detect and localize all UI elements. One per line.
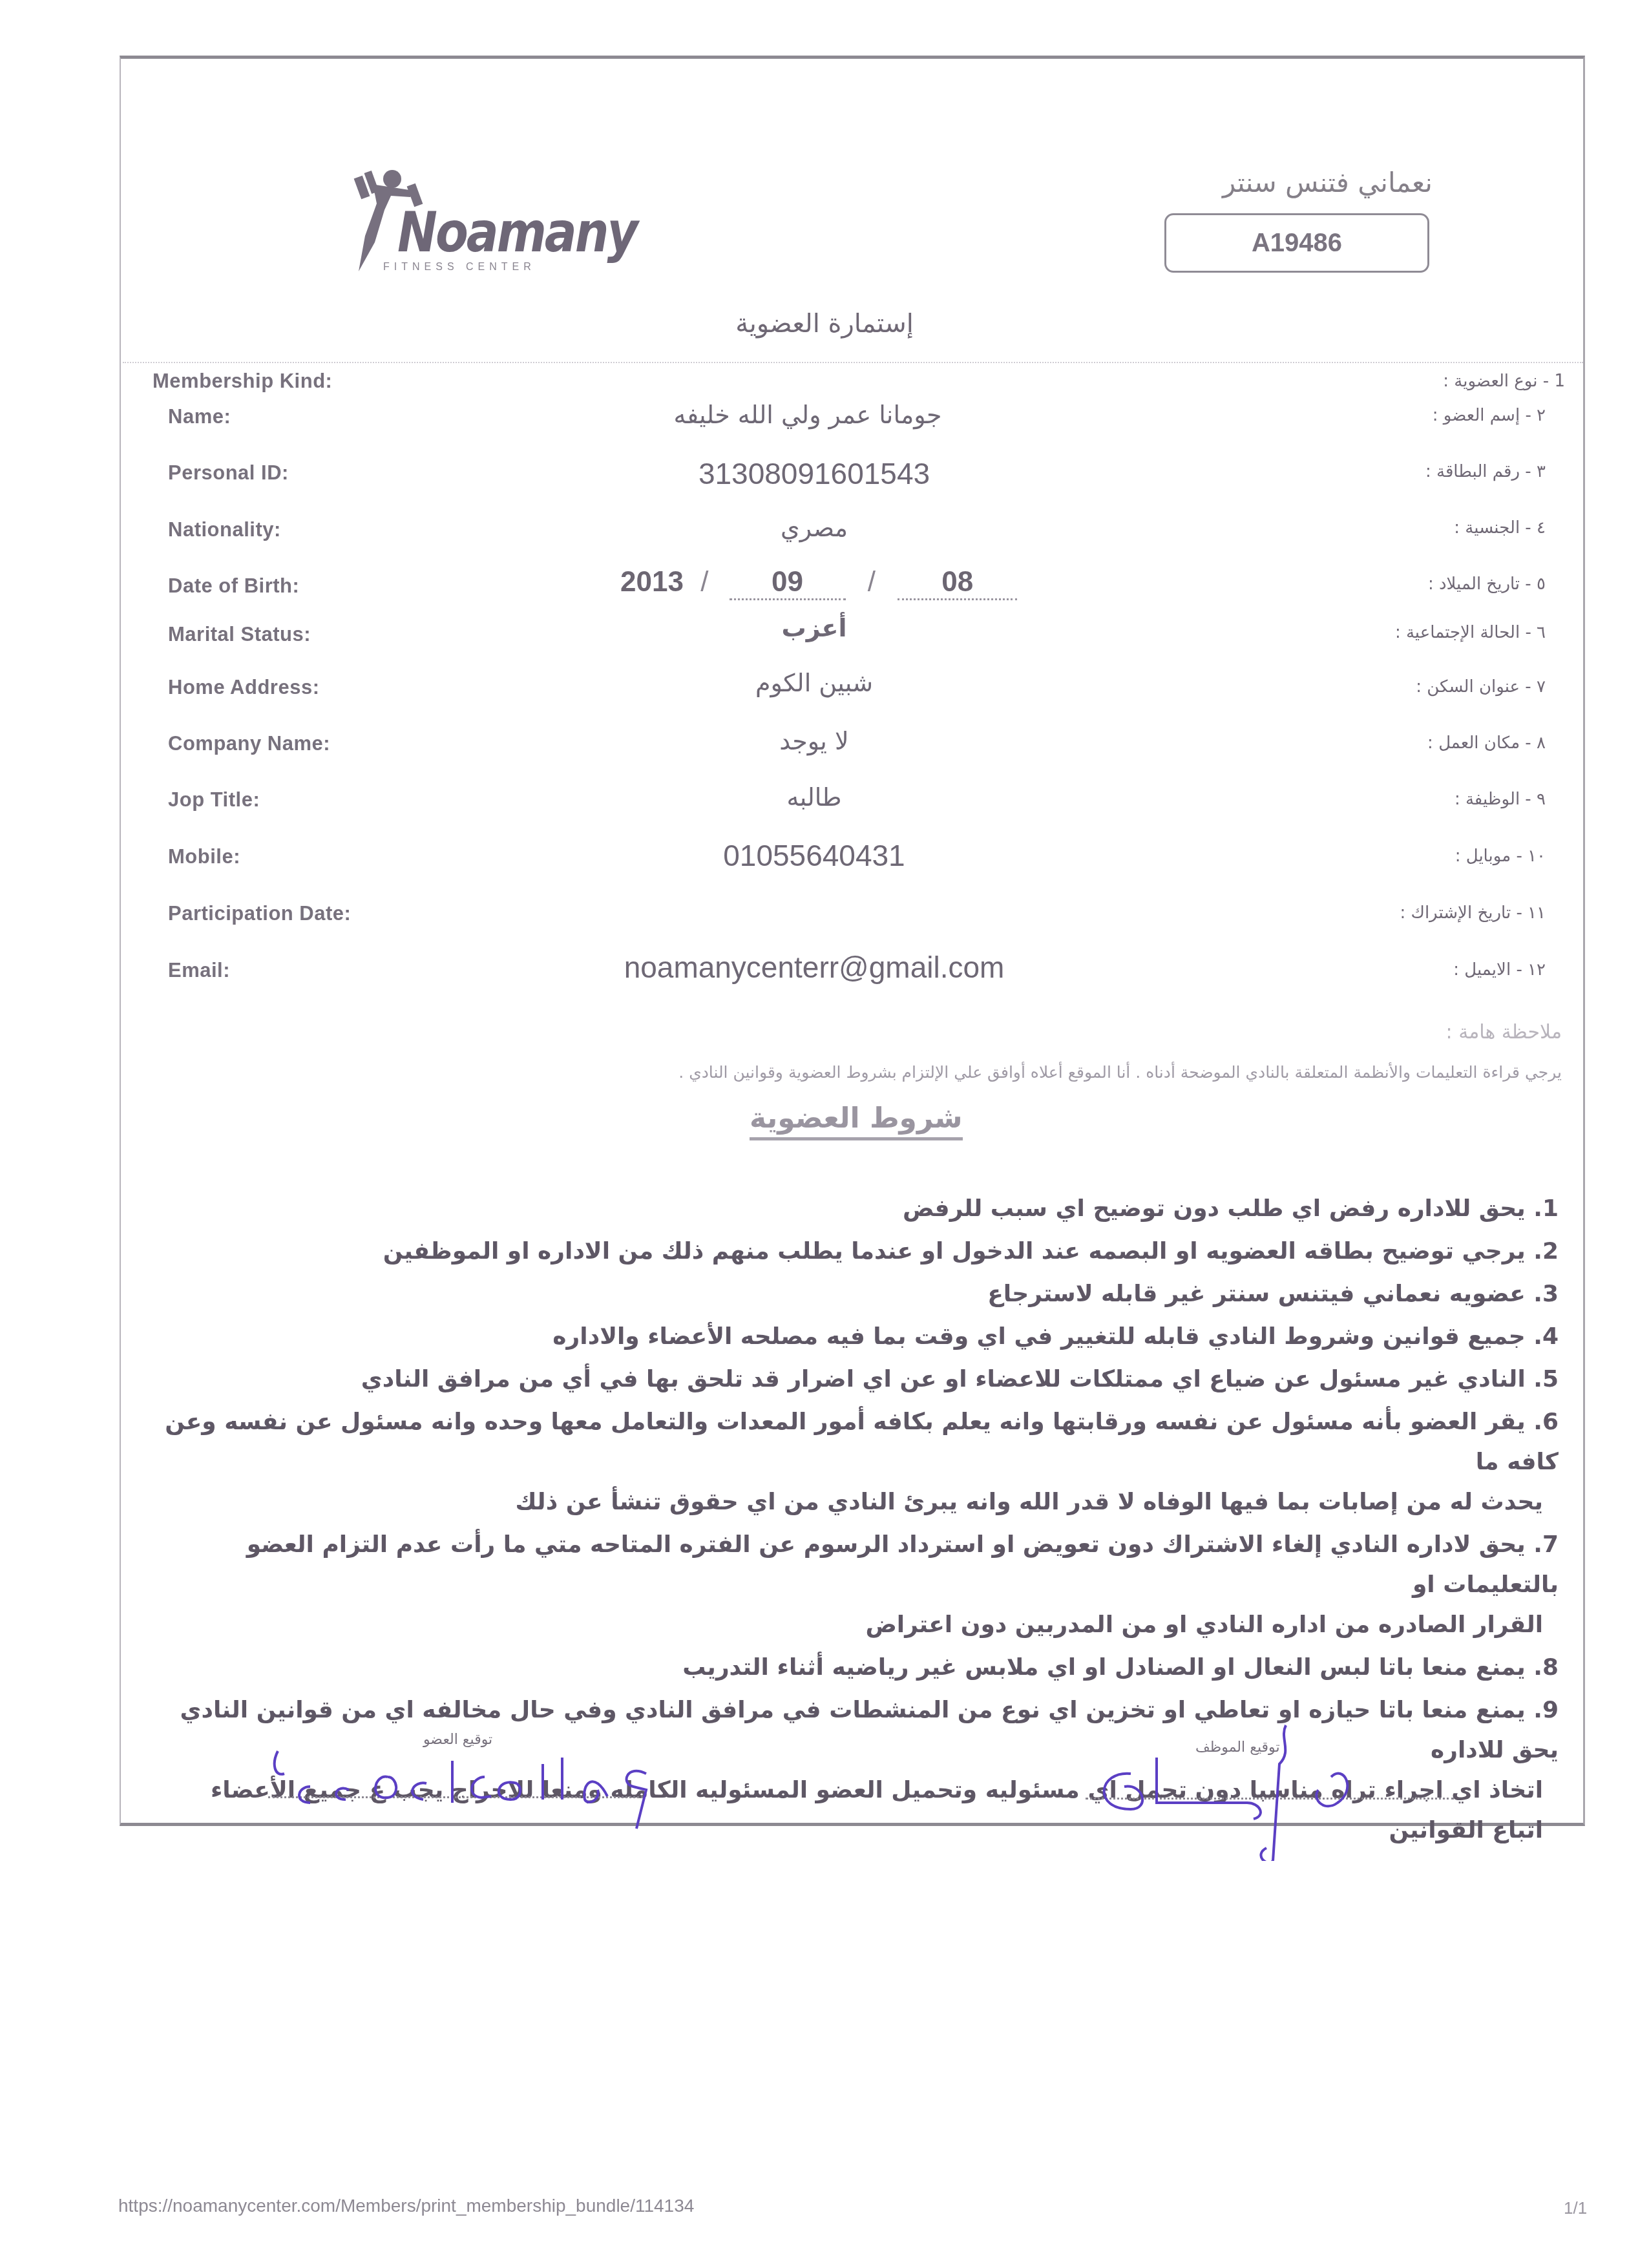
value-mobile: 01055640431 (646, 838, 982, 873)
dob-month: 09 (730, 566, 846, 600)
member-signature-icon (258, 1738, 659, 1848)
label-ar-job-title: ٩ - الوظيفة : (1455, 790, 1546, 809)
logo-subtitle: FITNESS CENTER (383, 262, 536, 273)
logo-wordmark: Noamany (397, 201, 636, 265)
footer-url: https://noamanycenter.com/Members/print_… (118, 2196, 694, 2216)
value-nationality: مصري (711, 514, 918, 542)
label-date-of-birth: Date of Birth: (168, 574, 299, 598)
label-ar-membership-kind: 1 - نوع العضوية : (1443, 372, 1565, 391)
label-email: Email: (168, 959, 230, 982)
label-membership-kind: Membership Kind: (152, 370, 332, 393)
label-home-address: Home Address: (168, 676, 319, 699)
terms-title: شروط العضوية (750, 1102, 963, 1140)
label-ar-personal-id: ٣ - رقم البطاقة : (1425, 462, 1546, 481)
label-name: Name: (168, 405, 231, 428)
label-ar-marital-status: ٦ - الحالة الإجتماعية : (1395, 623, 1546, 642)
membership-code: A19486 (1252, 229, 1342, 258)
important-note-text: يرجي قراءة التعليمات والأنظمة المتعلقة ب… (678, 1063, 1562, 1082)
value-job-title: طالبه (711, 783, 918, 812)
label-ar-date-of-birth: ٥ - تاريخ الميلاد : (1428, 574, 1546, 594)
value-date-of-birth: 2013 / 09 / 08 (620, 566, 1017, 600)
noamany-logo: Noamany FITNESS CENTER (339, 165, 552, 281)
terms-item: 6. يقر العضو بأنه مسئول عن نفسه ورقابتها… (163, 1402, 1559, 1522)
terms-item: 8. يمنع منعا باتا لبس النعال او الصنادل … (163, 1648, 1559, 1688)
important-note-title: ملاحظة هامة : (1445, 1021, 1562, 1044)
dob-separator-2: / (868, 566, 876, 598)
terms-item: 2. يرجي توضيح بطاقه العضويه او البصمه عن… (163, 1232, 1559, 1272)
label-ar-mobile: ١٠ - موبايل : (1455, 846, 1546, 866)
label-participation-date: Participation Date: (168, 902, 351, 925)
label-ar-email: ١٢ - الايميل : (1453, 960, 1546, 980)
label-ar-company-name: ٨ - مكان العمل : (1427, 733, 1546, 753)
dob-year: 2013 (620, 566, 684, 598)
form-title: إستمارة العضوية (0, 309, 1649, 339)
value-email: noamanycenterr@gmail.com (582, 950, 1047, 985)
value-company-name: لا يوجد (711, 727, 918, 755)
value-home-address: شبين الكوم (698, 669, 930, 697)
label-ar-name: ٢ - إسم العضو : (1433, 406, 1546, 425)
label-marital-status: Marital Status: (168, 623, 311, 646)
center-name-arabic: نعماني فتنس سنتر (1223, 167, 1433, 198)
terms-item: 1. يحق للاداره رفض اي طلب دون توضيح اي س… (163, 1189, 1559, 1229)
label-nationality: Nationality: (168, 518, 281, 541)
terms-item: 3. عضويه نعماني فيتنس سنتر غير قابله لاس… (163, 1274, 1559, 1314)
terms-item: 4. جميع قوانين وشروط النادي قابله للتغيي… (163, 1317, 1559, 1357)
value-marital-status: أعزب (711, 614, 918, 642)
membership-code-box: A19486 (1164, 213, 1429, 273)
page-number: 1/1 (1564, 2198, 1587, 2218)
label-personal-id: Personal ID: (168, 461, 289, 485)
value-name: جومانا عمر ولي الله خليفه (666, 401, 950, 429)
value-personal-id: 31308091601543 (646, 456, 982, 491)
terms-item: 7. يحق لاداره النادي إلغاء الاشتراك دون … (163, 1525, 1559, 1645)
dob-day: 08 (898, 566, 1017, 600)
dob-separator: / (700, 566, 708, 598)
employee-signature-icon (1073, 1712, 1460, 1861)
label-company-name: Company Name: (168, 732, 330, 755)
header-separator (123, 362, 1583, 363)
label-ar-participation-date: ١١ - تاريخ الإشتراك : (1400, 903, 1546, 923)
label-ar-home-address: ٧ - عنوان السكن : (1416, 677, 1546, 697)
label-mobile: Mobile: (168, 845, 240, 868)
terms-item: 5. النادي غير مسئول عن ضياع اي ممتلكات ل… (163, 1360, 1559, 1400)
label-job-title: Jop Title: (168, 788, 260, 812)
label-ar-nationality: ٤ - الجنسية : (1454, 518, 1546, 538)
